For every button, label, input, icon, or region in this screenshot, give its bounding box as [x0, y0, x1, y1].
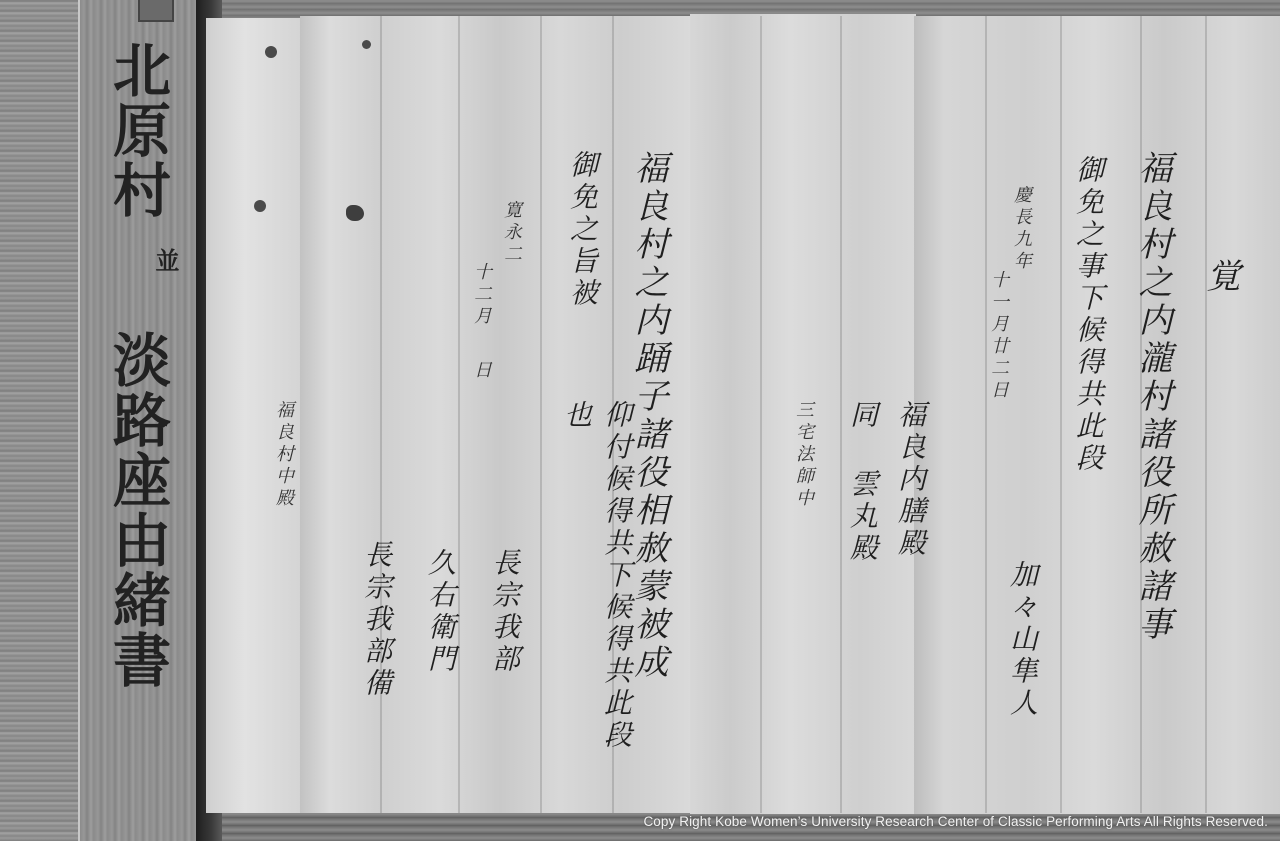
- doc-addressee: 三宅法師中: [790, 400, 816, 510]
- doc-date-day: 十一月廿二日: [985, 270, 1011, 402]
- board-clip: [138, 0, 174, 22]
- worm-hole: [362, 40, 371, 49]
- doc-addressee: 福良村中殿: [270, 400, 296, 510]
- worm-hole: [346, 205, 364, 221]
- board-title-upper: 北原村: [92, 40, 182, 220]
- paper-fold: [540, 16, 542, 813]
- doc-signatory: 久右衛門: [420, 548, 460, 676]
- worm-hole: [254, 200, 266, 212]
- board-annotation: 並: [148, 248, 183, 272]
- doc-column: 福良村之内瀧村諸役所赦諸事: [1128, 150, 1177, 770]
- worm-hole: [265, 46, 277, 58]
- paper-fold: [458, 16, 460, 813]
- doc-date-era: 寛永二: [498, 200, 524, 266]
- doc-signatory: 長宗我部備: [356, 540, 396, 700]
- doc-date-month: 十二月: [468, 262, 494, 328]
- paper-fold: [1060, 16, 1062, 813]
- doc-signatory: 長宗我部: [484, 548, 524, 676]
- paper-fold: [760, 16, 762, 813]
- board-title-lower: 淡路座由緒書: [92, 330, 182, 690]
- doc-signatory: 加々山隼人: [1002, 560, 1042, 720]
- doc-column: 仰付候得共下候得共此段也: [556, 400, 636, 770]
- doc-heading: 覚: [1196, 258, 1245, 296]
- paper-fold: [985, 16, 987, 813]
- doc-column: 御免之旨被: [562, 150, 602, 310]
- doc-date-era: 慶長九年: [1008, 185, 1034, 273]
- doc-date-day: 日: [468, 360, 494, 382]
- doc-addressee: 福良内膳殿: [890, 400, 930, 560]
- paper-fold: [1205, 16, 1207, 813]
- doc-column: 御免之事下候得共此段: [1068, 155, 1108, 625]
- copyright-watermark: Copy Right Kobe Women’s University Resea…: [643, 814, 1268, 829]
- doc-addressee: 同 雲丸殿: [842, 400, 882, 565]
